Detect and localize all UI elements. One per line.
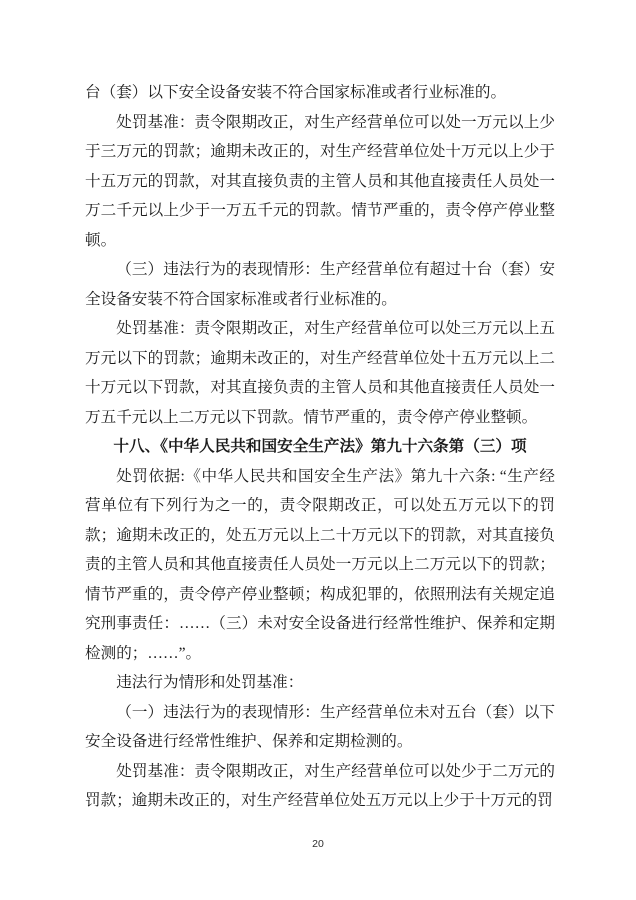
document-page: 台（套）以下安全设备安装不符合国家标准或者行业标准的。处罚基准：责令限期改正，对… <box>0 0 636 900</box>
paragraph: 处罚基准：责令限期改正，对生产经营单位可以处三万元以上五万元以下的罚款；逾期未改… <box>85 314 555 432</box>
paragraph: 台（套）以下安全设备安装不符合国家标准或者行业标准的。 <box>85 78 555 108</box>
paragraph: 处罚基准：责令限期改正，对生产经营单位可以处一万元以上少于三万元的罚款；逾期未改… <box>85 108 555 256</box>
paragraph: 处罚依据:《中华人民共和国安全生产法》第九十六条: “生产经营单位有下列行为之一… <box>85 462 555 669</box>
paragraph: （三）违法行为的表现情形：生产经营单位有超过十台（套）安全设备安装不符合国家标准… <box>85 255 555 314</box>
paragraph: （一）违法行为的表现情形：生产经营单位未对五台（套）以下安全设备进行经常性维护、… <box>85 698 555 757</box>
paragraph: 处罚基准：责令限期改正，对生产经营单位可以处少于二万元的罚款；逾期未改正的，对生… <box>85 757 555 816</box>
document-body: 台（套）以下安全设备安装不符合国家标准或者行业标准的。处罚基准：责令限期改正，对… <box>85 78 555 816</box>
paragraph: 违法行为情形和处罚基准： <box>85 668 555 698</box>
section-heading: 十八、《中华人民共和国安全生产法》第九十六条第（三）项 <box>85 432 555 462</box>
page-number: 20 <box>0 838 636 850</box>
